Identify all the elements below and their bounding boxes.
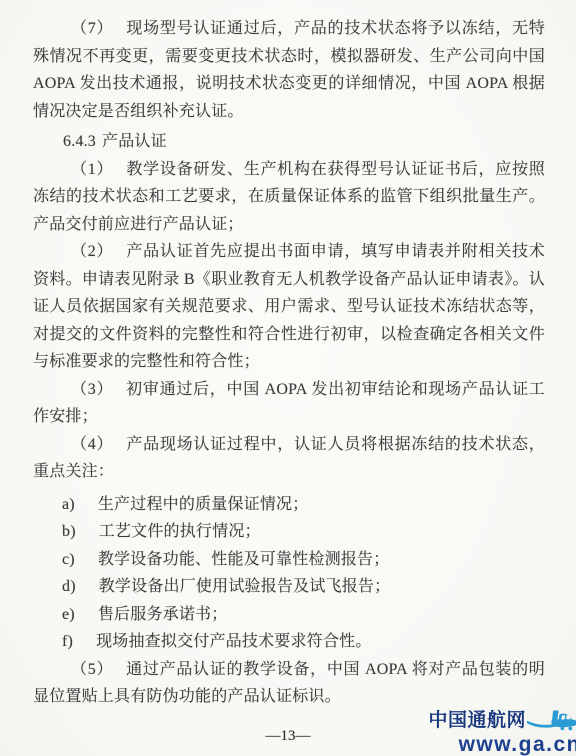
paragraph-text: 产品认证首先应提出书面申请，填写申请表并附相关技术资料。申请表见附录 B《职业教… <box>33 243 545 370</box>
site-name: 中国通航网 <box>428 711 526 733</box>
paragraph-label: e) <box>62 606 75 623</box>
paragraph-label: 6.4.3 <box>63 133 96 150</box>
paragraph: （7）现场型号认证通过后，产品的技术状态将予以冻结，无特殊情况不再变更，需要变更… <box>33 15 545 125</box>
paragraph: （2）产品认证首先应提出书面申请，填写申请表并附相关技术资料。申请表见附录 B《… <box>33 238 545 376</box>
paragraph-label: （3） <box>71 381 113 398</box>
paragraph-text: 售后服务承诺书； <box>98 606 228 623</box>
paragraph: （1）教学设备研发、生产机构在获得型号认证证书后，应按照冻结的技术状态和工艺要求… <box>33 156 545 239</box>
site-watermark: 中国通航网 www.ga.cn <box>428 703 576 755</box>
paragraph-label: （5） <box>71 661 113 678</box>
paragraph-label: （1） <box>71 161 113 178</box>
paragraph-label: f) <box>62 633 73 650</box>
list-item: e)售后服务承诺书； <box>33 601 545 629</box>
paragraph-label: b) <box>62 523 76 540</box>
paragraph-text: 产品认证 <box>102 133 167 150</box>
paragraph-text: 工艺文件的执行情况； <box>99 523 261 540</box>
list-item: d)教学设备出厂使用试验报告及试飞报告； <box>33 573 545 601</box>
list-item: c)教学设备功能、性能及可靠性检测报告； <box>33 546 545 574</box>
paragraph-text: 教学设备功能、性能及可靠性检测报告； <box>98 551 390 568</box>
paragraph-label: d) <box>62 578 76 595</box>
paragraph: （3）初审通过后，中国 AOPA 发出初审结论和现场产品认证工作安排； <box>33 376 545 431</box>
paragraph-label: （4） <box>71 436 113 453</box>
document-body: （7）现场型号认证通过后，产品的技术状态将予以冻结，无特殊情况不再变更，需要变更… <box>33 15 545 711</box>
paragraph-text: 生产过程中的质量保证情况； <box>98 496 309 513</box>
site-url: www.ga.cn <box>459 734 576 755</box>
paragraph-text: 现场抽查拟交付产品技术要求符合性。 <box>96 633 371 650</box>
document-page: （7）现场型号认证通过后，产品的技术状态将予以冻结，无特殊情况不再变更，需要变更… <box>0 0 576 756</box>
section-heading: 6.4.3产品认证 <box>33 128 545 156</box>
paragraph-label: （2） <box>71 243 113 260</box>
paragraph: （4）产品现场认证过程中，认证人员将根据冻结的技术状态，重点关注： <box>33 431 545 486</box>
airplane-icon <box>527 703 576 733</box>
list-item: b)工艺文件的执行情况； <box>33 518 545 546</box>
list-item: a)生产过程中的质量保证情况； <box>33 491 545 519</box>
paragraph-label: a) <box>62 496 75 513</box>
paragraph-label: c) <box>62 551 75 568</box>
paragraph-label: （7） <box>71 20 113 37</box>
paragraph-text: 教学设备出厂使用试验报告及试飞报告； <box>99 578 391 595</box>
list-item: f)现场抽查拟交付产品技术要求符合性。 <box>33 628 545 656</box>
